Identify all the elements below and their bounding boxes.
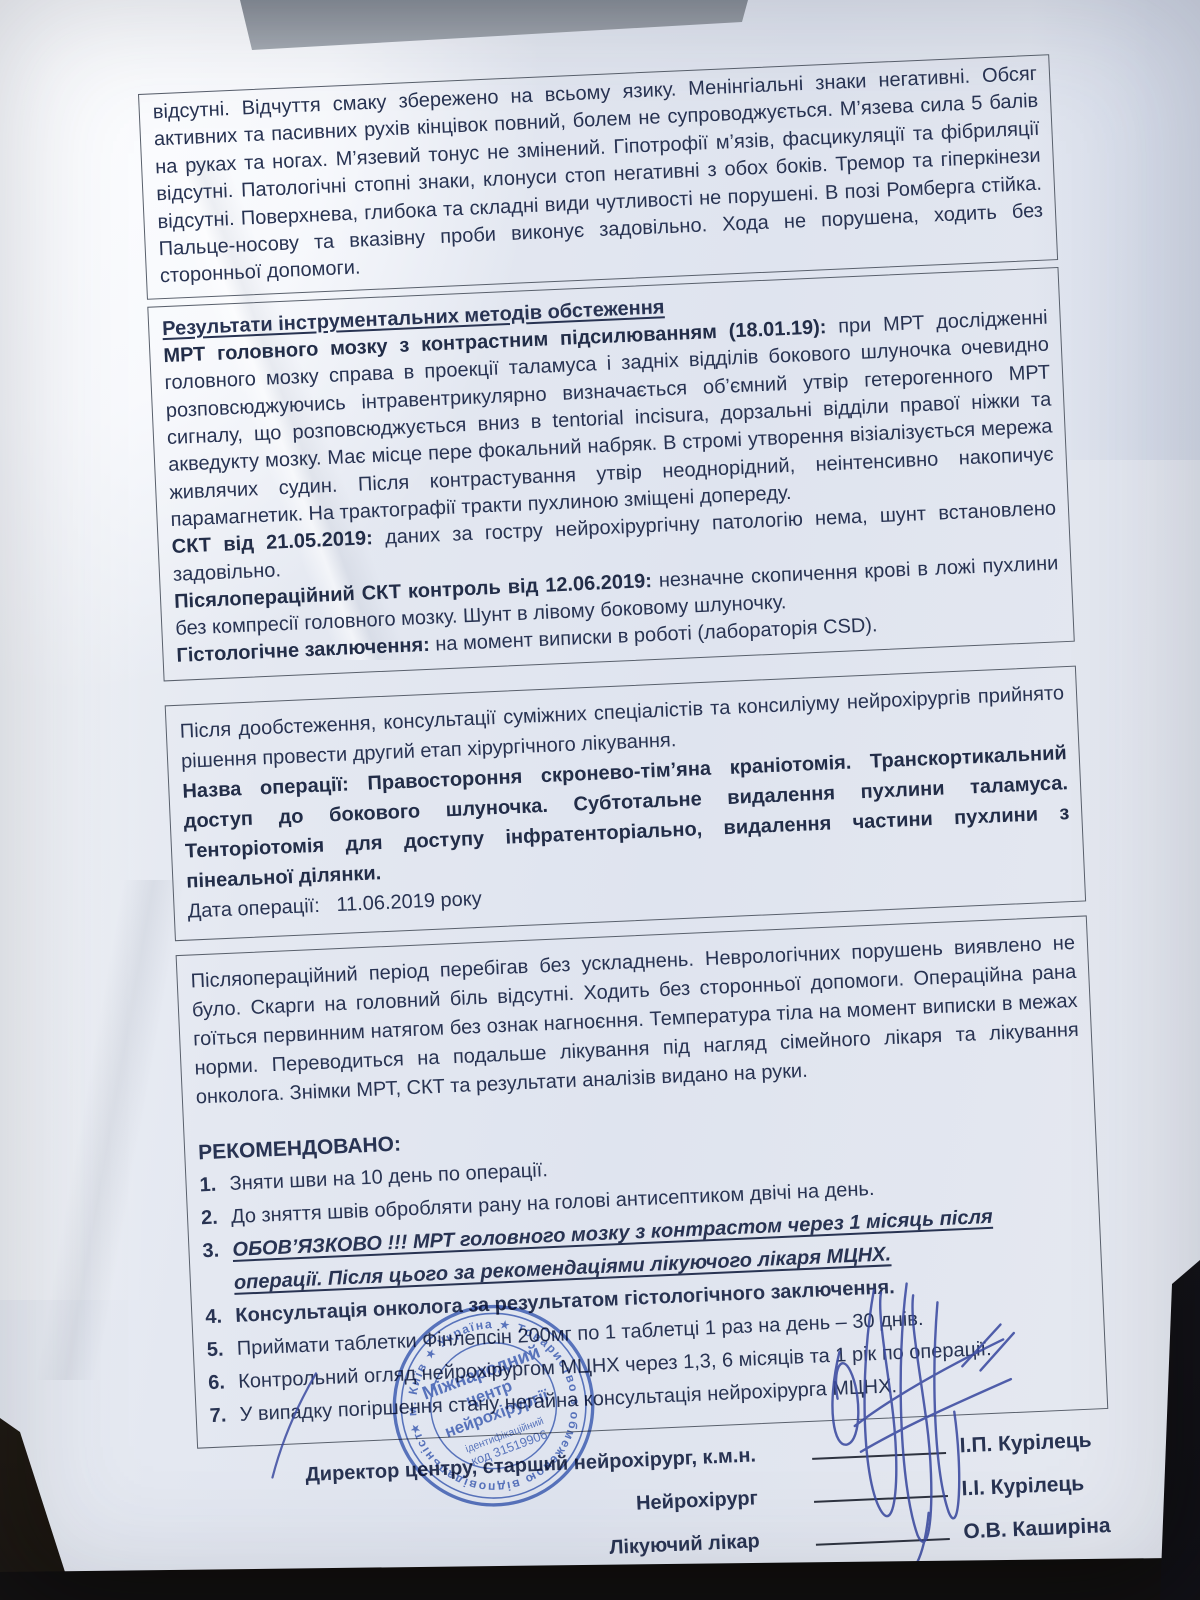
mrt-paragraph: МРТ головного мозку з контрастним підсил… (163, 305, 1055, 534)
round-stamp: ★ м. Київ ★ Україна ★ Товариство з обмеж… (381, 1293, 606, 1518)
background-table-edge (0, 0, 1200, 60)
item-number: 7. (209, 1399, 240, 1433)
item-number: 5. (206, 1333, 237, 1367)
operation-date-label: Дата операції: (187, 895, 320, 923)
pen-stroke (264, 1369, 329, 1482)
signer-role: Лікуючий лікар (202, 1526, 761, 1580)
neurological-status-text: відсутні. Відчуття смаку збережено на вс… (152, 61, 1045, 291)
item-number: 1. (199, 1168, 230, 1202)
photo-of-document: { "photo": { "colors": { "paper": "#e4e8… (0, 0, 1200, 1600)
operation-section: Після дообстеження, консультації суміжни… (165, 665, 1086, 941)
skt-label: СКТ від 21.05.2019: (171, 527, 373, 558)
item-number: 3. (202, 1234, 235, 1301)
pen-signature (818, 1269, 1026, 1572)
item-number: 2. (200, 1201, 231, 1235)
item-number: 6. (208, 1366, 239, 1400)
postop-course-text: Післяопераційний період перебігав без ус… (190, 929, 1080, 1112)
operation-name-label: Назва операції: (182, 773, 349, 802)
operation-date-value: 11.06.2019 року (336, 887, 482, 915)
item-number: 4. (205, 1300, 236, 1334)
neurological-status-section: відсутні. Відчуття смаку збережено на вс… (138, 54, 1058, 299)
medical-discharge-document: відсутні. Відчуття смаку збережено на вс… (138, 54, 1115, 1593)
instrumental-results-section: Результати інструментальних методів обст… (147, 267, 1074, 681)
